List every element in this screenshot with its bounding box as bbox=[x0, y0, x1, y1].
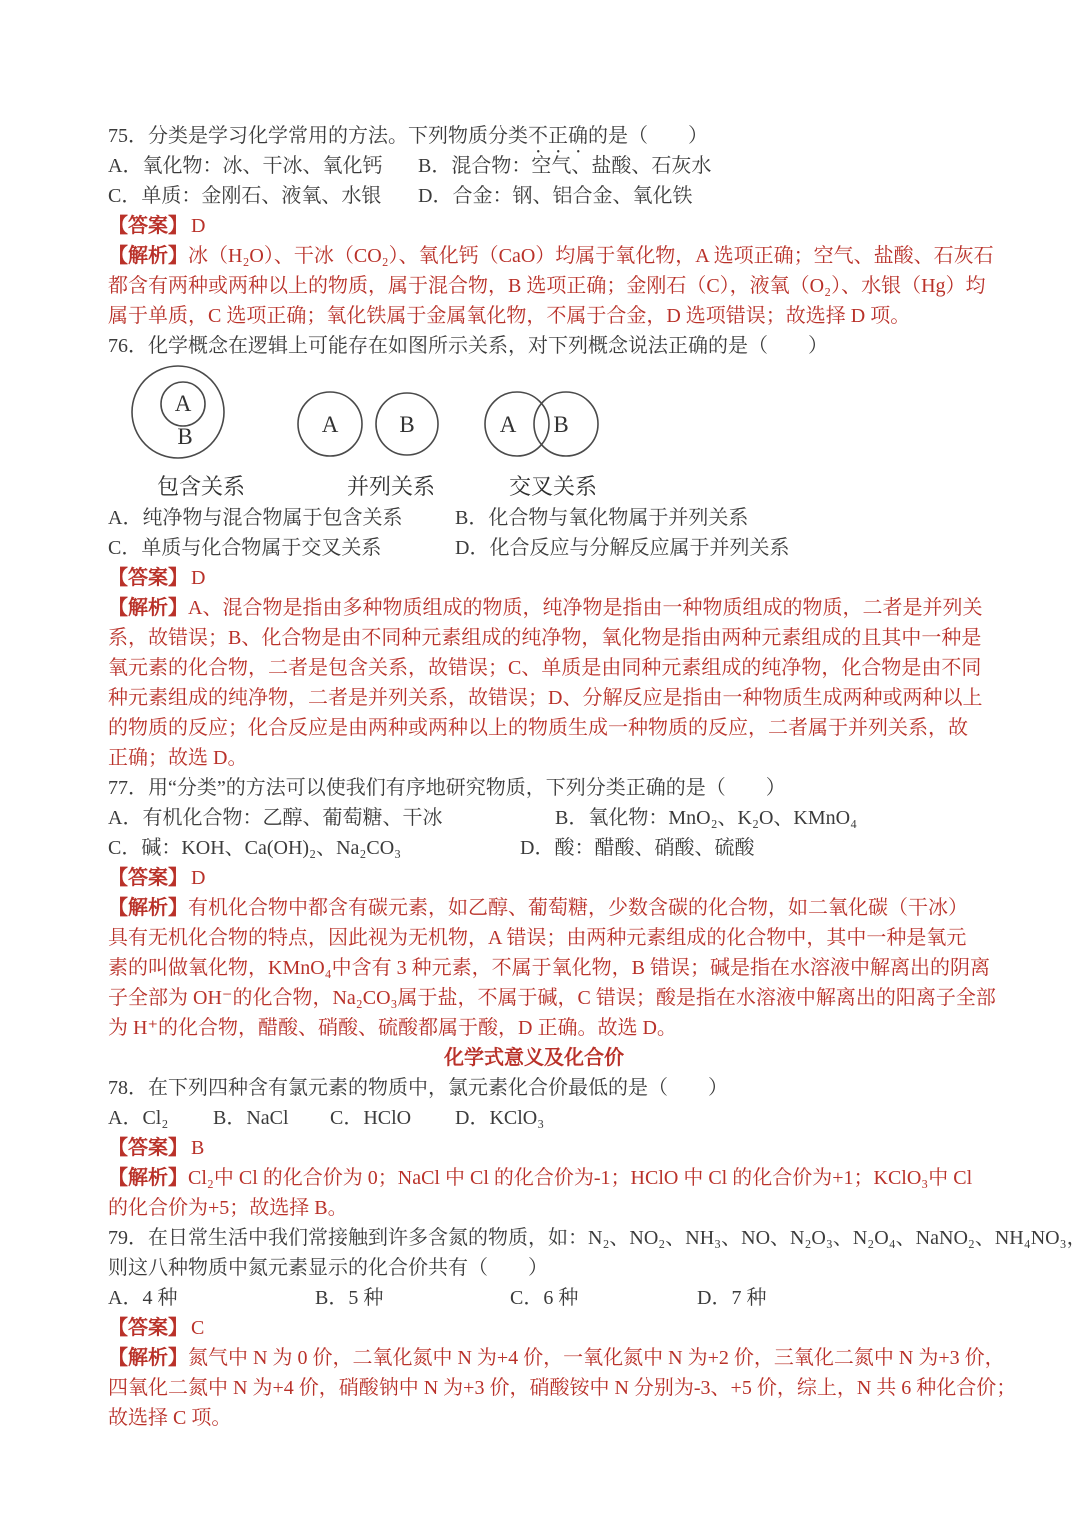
q75-number: 75． bbox=[108, 125, 148, 147]
q76-analysis-line: 种元素组成的纯净物，二者是并列关系，故错误；D、分解反应是指由一种物质生成两种或… bbox=[108, 683, 960, 713]
q79-options-row: A．4 种B．5 种C．6 种D．7 种 bbox=[108, 1283, 960, 1313]
q76-analysis-line: 的物质的反应；化合反应是由两种或两种以上的物质生成一种物质的反应，二者属于并列关… bbox=[108, 713, 960, 743]
q76-analysis-line: 氧元素的化合物，二者是包含关系，故错误；C、单质是由同种元素组成的纯净物，化合物… bbox=[108, 653, 960, 683]
q75-stem-post: 的是（ ） bbox=[588, 125, 708, 147]
analysis-label: 【解析】 bbox=[108, 1167, 188, 1189]
q79-answer: C bbox=[191, 1317, 204, 1339]
q79-analysis-line: 【解析】氮气中 N 为 0 价，二氧化氮中 N 为+4 价，一氧化氮中 N 为+… bbox=[108, 1343, 960, 1373]
q79-option-a: A．4 种 bbox=[108, 1283, 315, 1313]
q77-analysis-text: 有机化合物中都含有碳元素，如乙醇、葡萄糖，少数含碳的化合物，如二氧化碳（干冰） bbox=[188, 897, 968, 919]
q76-stem: 76．化学概念在逻辑上可能存在如图所示关系，对下列概念说法正确的是（ ） bbox=[108, 331, 960, 361]
q77-analysis-line: 子全部为 OH⁻的化合物，Na₂CO₃属于盐，不属于碱，C 错误；酸是指在水溶液… bbox=[108, 983, 960, 1013]
q76-stem-text: 化学概念在逻辑上可能存在如图所示关系，对下列概念说法正确的是（ ） bbox=[148, 335, 828, 357]
q79-option-c: C．6 种 bbox=[510, 1283, 697, 1313]
q77-answer-line: 【答案】D bbox=[108, 863, 960, 893]
answer-label: 【答案】 bbox=[108, 215, 188, 237]
q77-stem: 77．用“分类”的方法可以使我们有序地研究物质，下列分类正确的是（ ） bbox=[108, 773, 960, 803]
q75-answer-line: 【答案】D bbox=[108, 211, 960, 241]
analysis-label: 【解析】 bbox=[108, 597, 188, 619]
q75-analysis-line: 【解析】冰（H₂O）、干冰（CO₂）、氧化钙（CaO）均属于氧化物，A 选项正确… bbox=[108, 241, 960, 271]
q78-option-c: C．HClO bbox=[330, 1103, 455, 1133]
analysis-label: 【解析】 bbox=[108, 1347, 188, 1369]
q75-stem-emphasis: 不正确 bbox=[528, 125, 588, 147]
q77-analysis-line: 具有无机化合物的特点，因此视为无机物，A 错误；由两种元素组成的化合物中，其中一… bbox=[108, 923, 960, 953]
q75-analysis-line: 都含有两种或两种以上的物质，属于混合物，B 选项正确；金刚石（C），液氧（O₂）… bbox=[108, 271, 960, 301]
answer-label: 【答案】 bbox=[108, 1317, 188, 1339]
q75-option-a: A．氧化物：冰、干冰、氧化钙 bbox=[108, 151, 418, 181]
q77-option-b: B．氧化物：MnO₂、K₂O、KMnO₄ bbox=[555, 807, 857, 829]
q75-stem: 75．分类是学习化学常用的方法。下列物质分类不正确的是（ ） bbox=[108, 121, 960, 151]
q75-answer: D bbox=[191, 215, 205, 237]
cross-letter-b: B bbox=[553, 412, 568, 437]
answer-label: 【答案】 bbox=[108, 867, 188, 889]
q77-number: 77． bbox=[108, 777, 148, 799]
q79-option-b: B．5 种 bbox=[315, 1283, 510, 1313]
q79-stem-line1: 在日常生活中我们常接触到许多含氮的物质，如：N₂、NO₂、NH₃、NO、N₂O₃… bbox=[148, 1227, 1080, 1249]
q77-analysis-line: 素的叫做氧化物，KMnO₄中含有 3 种元素，不属于氧化物，B 错误；碱是指在水… bbox=[108, 953, 960, 983]
q79-answer-line: 【答案】C bbox=[108, 1313, 960, 1343]
q79-stem: 79．在日常生活中我们常接触到许多含氮的物质，如：N₂、NO₂、NH₃、NO、N… bbox=[108, 1223, 960, 1253]
q75-analysis-text: 冰（H₂O）、干冰（CO₂）、氧化钙（CaO）均属于氧化物，A 选项正确；空气、… bbox=[188, 245, 994, 267]
q76-analysis-line: 正确；故选 D。 bbox=[108, 743, 960, 773]
inclusion-letter-a: A bbox=[175, 391, 192, 416]
q78-analysis-line: 【解析】Cl₂中 Cl 的化合价为 0；NaCl 中 Cl 的化合价为-1；HC… bbox=[108, 1163, 960, 1193]
exam-page: 75．分类是学习化学常用的方法。下列物质分类不正确的是（ ） A．氧化物：冰、干… bbox=[0, 0, 1080, 1528]
q78-answer: B bbox=[191, 1137, 204, 1159]
cross-letter-a: A bbox=[500, 412, 517, 437]
q78-analysis-line: 的化合价为+5；故选择 B。 bbox=[108, 1193, 960, 1223]
q75-analysis-line: 属于单质，C 选项正确；氧化铁属于金属氧化物，不属于合金，D 选项错误；故选择 … bbox=[108, 301, 960, 331]
q76-option-b: B．化合物与氧化物属于并列关系 bbox=[455, 507, 748, 529]
q75-stem-pre: 分类是学习化学常用的方法。下列物质分类 bbox=[148, 125, 528, 147]
q76-option-a: A．纯净物与混合物属于包含关系 bbox=[108, 503, 455, 533]
q78-options-row: A．Cl₂B．NaClC．HClOD．KClO₃ bbox=[108, 1103, 960, 1133]
q79-analysis-line: 故选择 C 项。 bbox=[108, 1403, 960, 1433]
q76-option-d: D．化合反应与分解反应属于并列关系 bbox=[455, 537, 789, 559]
q77-options-row1: A．有机化合物：乙醇、葡萄糖、干冰B．氧化物：MnO₂、K₂O、KMnO₄ bbox=[108, 803, 960, 833]
q76-options-row1: A．纯净物与混合物属于包含关系B．化合物与氧化物属于并列关系 bbox=[108, 503, 960, 533]
q76-answer-line: 【答案】D bbox=[108, 563, 960, 593]
q76-options-row2: C．单质与化合物属于交叉关系D．化合反应与分解反应属于并列关系 bbox=[108, 533, 960, 563]
analysis-label: 【解析】 bbox=[108, 245, 188, 267]
venn-diagram: A B 包含关系 A B 并列关系 A B 交叉关系 bbox=[128, 363, 648, 503]
q77-option-d: D．酸：醋酸、硝酸、硫酸 bbox=[520, 837, 754, 859]
analysis-label: 【解析】 bbox=[108, 897, 188, 919]
q75-option-c: C．单质：金刚石、液氧、水银 bbox=[108, 181, 418, 211]
cross-label: 交叉关系 bbox=[509, 474, 597, 499]
q76-analysis-line: 系，故错误；B、化合物是由不同种元素组成的纯净物，氧化物是指由两种元素组成的且其… bbox=[108, 623, 960, 653]
parallel-label: 并列关系 bbox=[347, 474, 435, 499]
q77-options-row2: C．碱：KOH、Ca(OH)₂、Na₂CO₃D．酸：醋酸、硝酸、硫酸 bbox=[108, 833, 960, 863]
q75-option-d: D．合金：钢、铝合金、氧化铁 bbox=[418, 185, 692, 207]
q77-analysis-line: 为 H⁺的化合物，醋酸、硝酸、硫酸都属于酸，D 正确。故选 D。 bbox=[108, 1013, 960, 1043]
answer-label: 【答案】 bbox=[108, 1137, 188, 1159]
q78-analysis-text: Cl₂中 Cl 的化合价为 0；NaCl 中 Cl 的化合价为-1；HClO 中… bbox=[188, 1167, 972, 1189]
inclusion-label: 包含关系 bbox=[157, 474, 245, 499]
q77-analysis-line: 【解析】有机化合物中都含有碳元素，如乙醇、葡萄糖，少数含碳的化合物，如二氧化碳（… bbox=[108, 893, 960, 923]
q79-analysis-line: 四氧化二氮中 N 为+4 价，硝酸钠中 N 为+3 价，硝酸铵中 N 分别为-3… bbox=[108, 1373, 960, 1403]
q79-analysis-text: 氮气中 N 为 0 价，二氧化氮中 N 为+4 价，一氧化氮中 N 为+2 价，… bbox=[188, 1347, 1005, 1369]
q76-analysis-line: 【解析】A、混合物是指由多种物质组成的物质，纯净物是指由一种物质组成的物质，二者… bbox=[108, 593, 960, 623]
q77-stem-text: 用“分类”的方法可以使我们有序地研究物质，下列分类正确的是（ ） bbox=[148, 777, 786, 799]
q77-option-c: C．碱：KOH、Ca(OH)₂、Na₂CO₃ bbox=[108, 833, 520, 863]
q78-option-a: A．Cl₂ bbox=[108, 1103, 213, 1133]
inclusion-letter-b: B bbox=[177, 424, 192, 449]
section-header: 化学式意义及化合价 bbox=[108, 1043, 960, 1073]
parallel-letter-b: B bbox=[399, 412, 414, 437]
q79-option-d: D．7 种 bbox=[697, 1287, 766, 1309]
parallel-letter-a: A bbox=[322, 412, 339, 437]
q75-option-b: B．混合物：空气、盐酸、石灰水 bbox=[418, 155, 711, 177]
q76-option-c: C．单质与化合物属于交叉关系 bbox=[108, 533, 455, 563]
q78-option-b: B．NaCl bbox=[213, 1103, 330, 1133]
q78-stem: 78．在下列四种含有氯元素的物质中，氯元素化合价最低的是（ ） bbox=[108, 1073, 960, 1103]
q75-options-row1: A．氧化物：冰、干冰、氧化钙B．混合物：空气、盐酸、石灰水 bbox=[108, 151, 960, 181]
q75-options-row2: C．单质：金刚石、液氧、水银D．合金：钢、铝合金、氧化铁 bbox=[108, 181, 960, 211]
q76-answer: D bbox=[191, 567, 205, 589]
q78-option-d: D．KClO₃ bbox=[455, 1107, 544, 1129]
q79-stem-continued: 则这八种物质中氮元素显示的化合价共有（ ） bbox=[108, 1253, 960, 1283]
q79-number: 79． bbox=[108, 1227, 148, 1249]
q76-analysis-text: A、混合物是指由多种物质组成的物质，纯净物是指由一种物质组成的物质，二者是并列关 bbox=[188, 597, 982, 619]
q78-number: 78． bbox=[108, 1077, 148, 1099]
answer-label: 【答案】 bbox=[108, 567, 188, 589]
cross-circle-a bbox=[485, 392, 549, 456]
q78-answer-line: 【答案】B bbox=[108, 1133, 960, 1163]
q78-stem-text: 在下列四种含有氯元素的物质中，氯元素化合价最低的是（ ） bbox=[148, 1077, 728, 1099]
q77-answer: D bbox=[191, 867, 205, 889]
q76-number: 76． bbox=[108, 335, 148, 357]
q77-option-a: A．有机化合物：乙醇、葡萄糖、干冰 bbox=[108, 803, 555, 833]
